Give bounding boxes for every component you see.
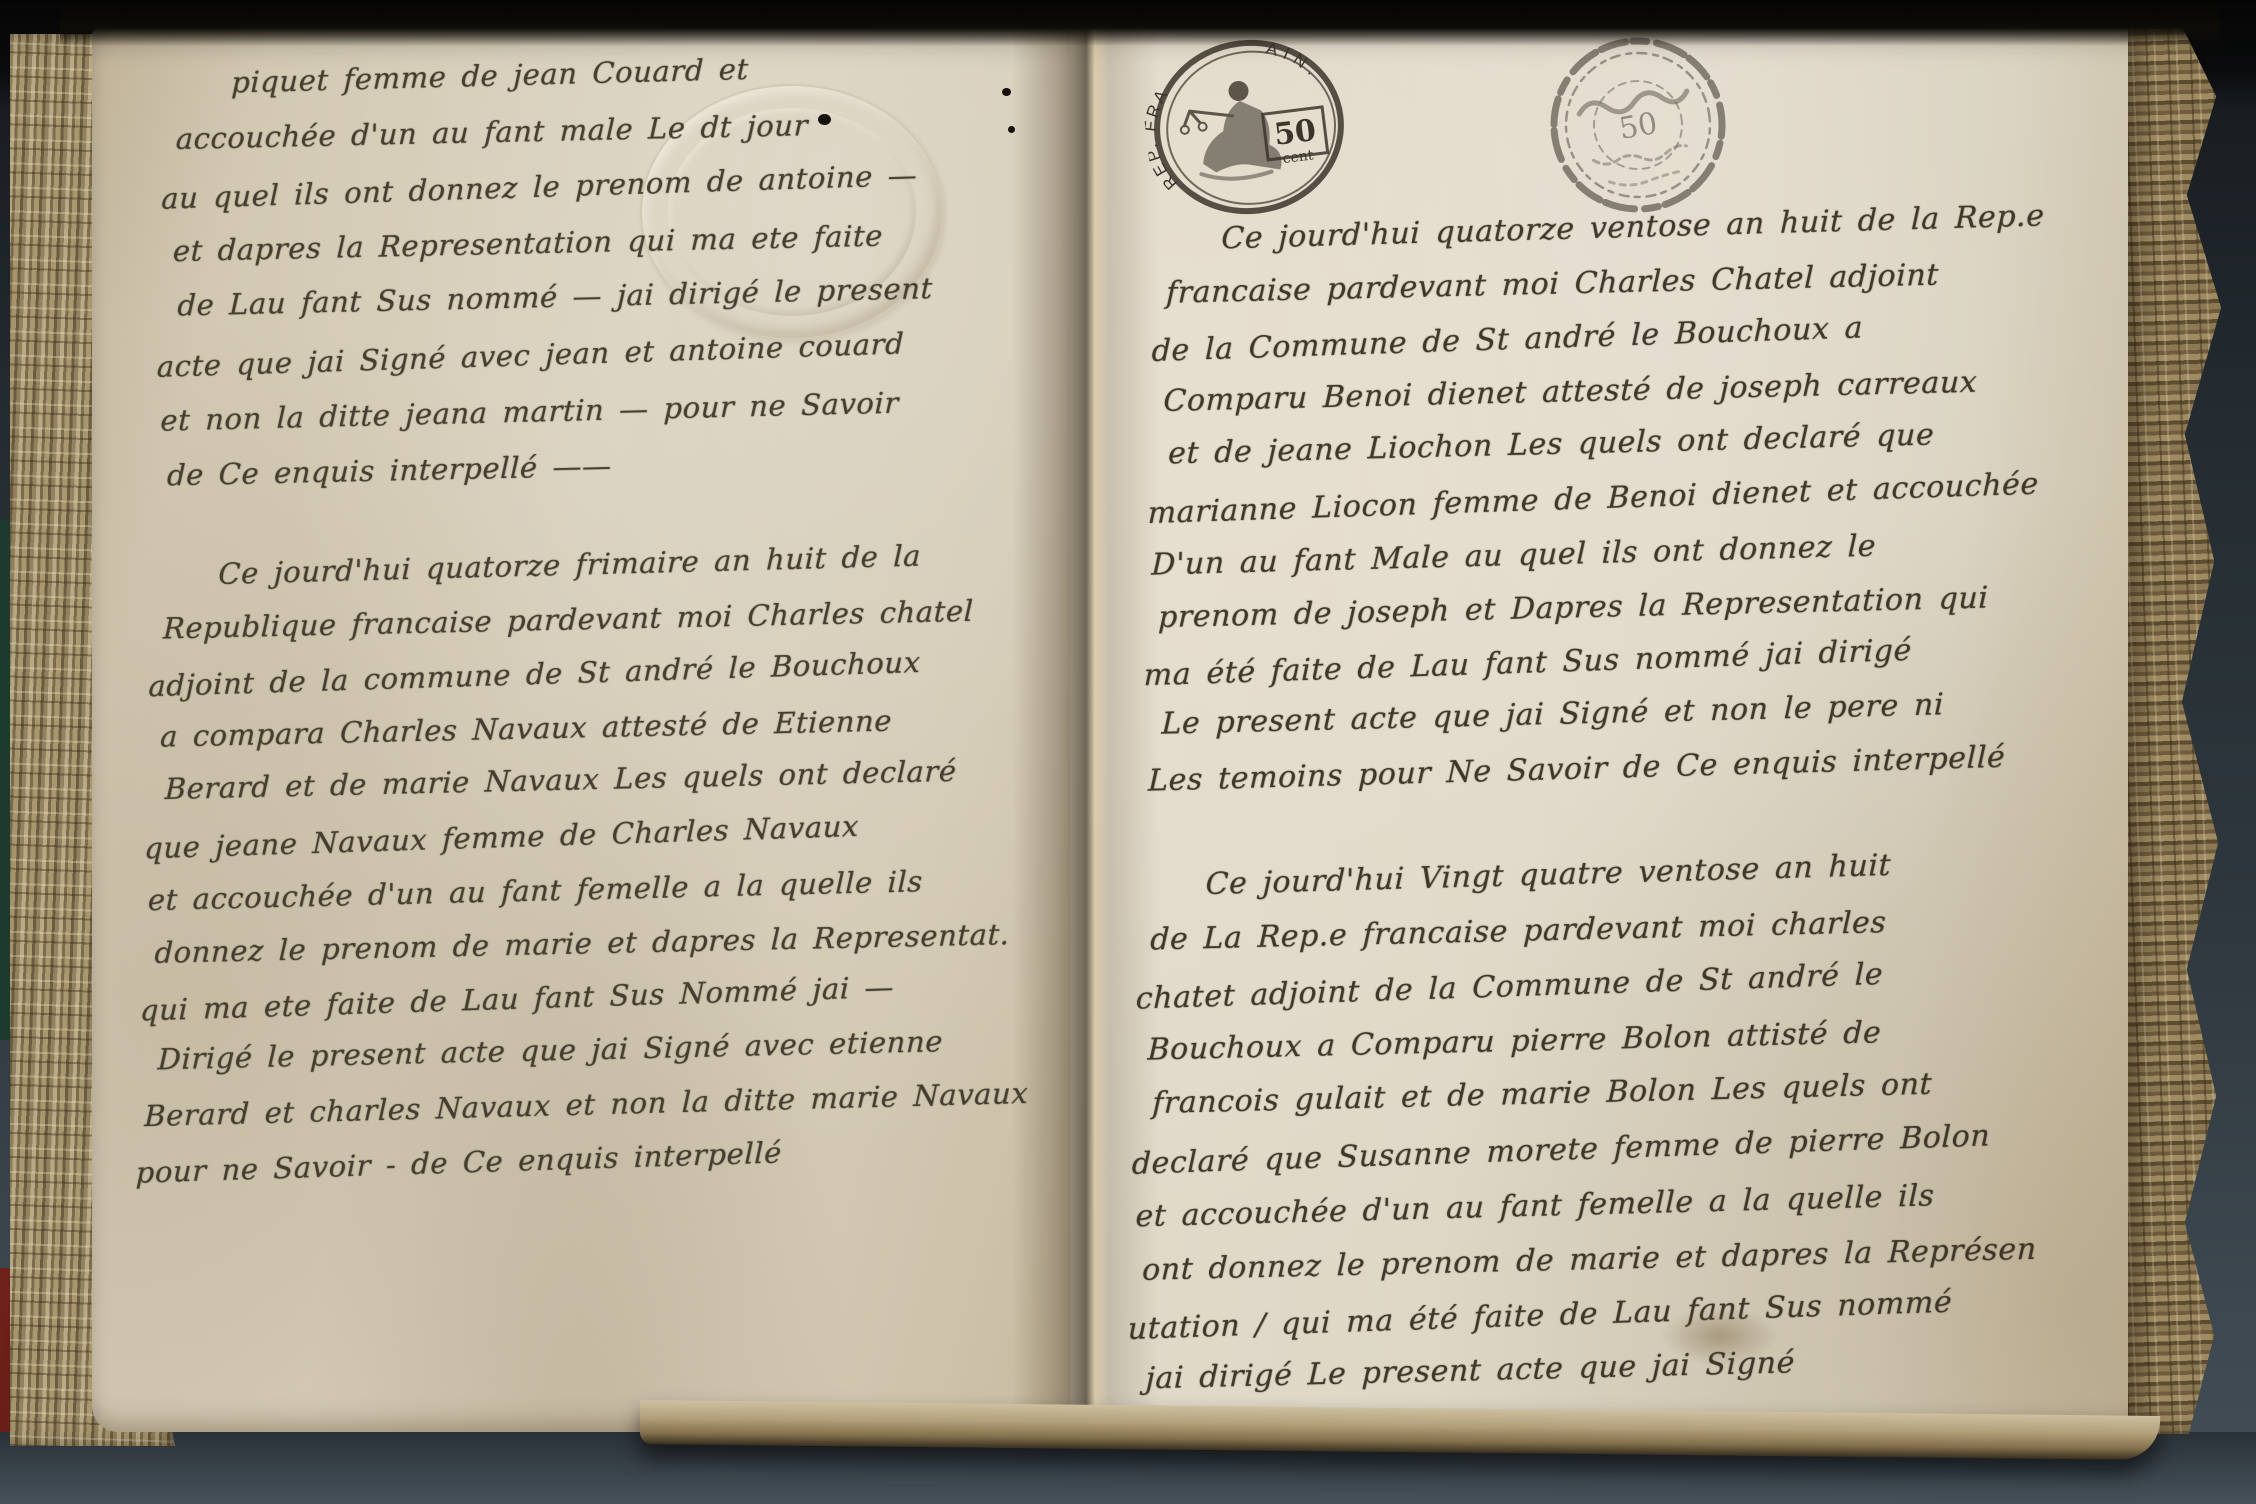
book-top-shadow	[60, 0, 2220, 46]
fiscal-stamp-oval-50c: 50 cent REP. FRA AIN.	[1135, 22, 1362, 232]
right-page-paragraph-1: Ce jourd'hui quatorze ventose an huit de…	[1147, 186, 2151, 808]
ink-speck	[818, 114, 831, 125]
right-page-handwriting: Ce jourd'hui quatorze ventose an huit de…	[1133, 186, 2152, 1409]
ink-smudge	[1660, 1306, 1780, 1366]
ink-speck	[1008, 126, 1015, 133]
seated-figure-icon	[1176, 77, 1283, 185]
ink-speck	[1002, 88, 1011, 96]
round-stamp-value-50: 50	[1616, 106, 1660, 147]
left-page-paragraph-1: piquet femme de jean Couard etaccouchée …	[160, 32, 1071, 504]
stamp-unit-cent: cent	[1282, 147, 1315, 167]
open-register-book: 50 cent REP. FRA AIN.	[0, 0, 2256, 1504]
right-page-paragraph-2: Ce jourd'hui Vingt quatre ventose an hui…	[1133, 831, 2136, 1409]
left-page-paragraph-2: Ce jourd'hui quatorze frimaire an huit d…	[142, 525, 1059, 1197]
manuscript-photo: 50 cent REP. FRA AIN.	[0, 0, 2256, 1504]
left-page-handwriting: piquet femme de jean Couard etaccouchée …	[142, 32, 1072, 1197]
